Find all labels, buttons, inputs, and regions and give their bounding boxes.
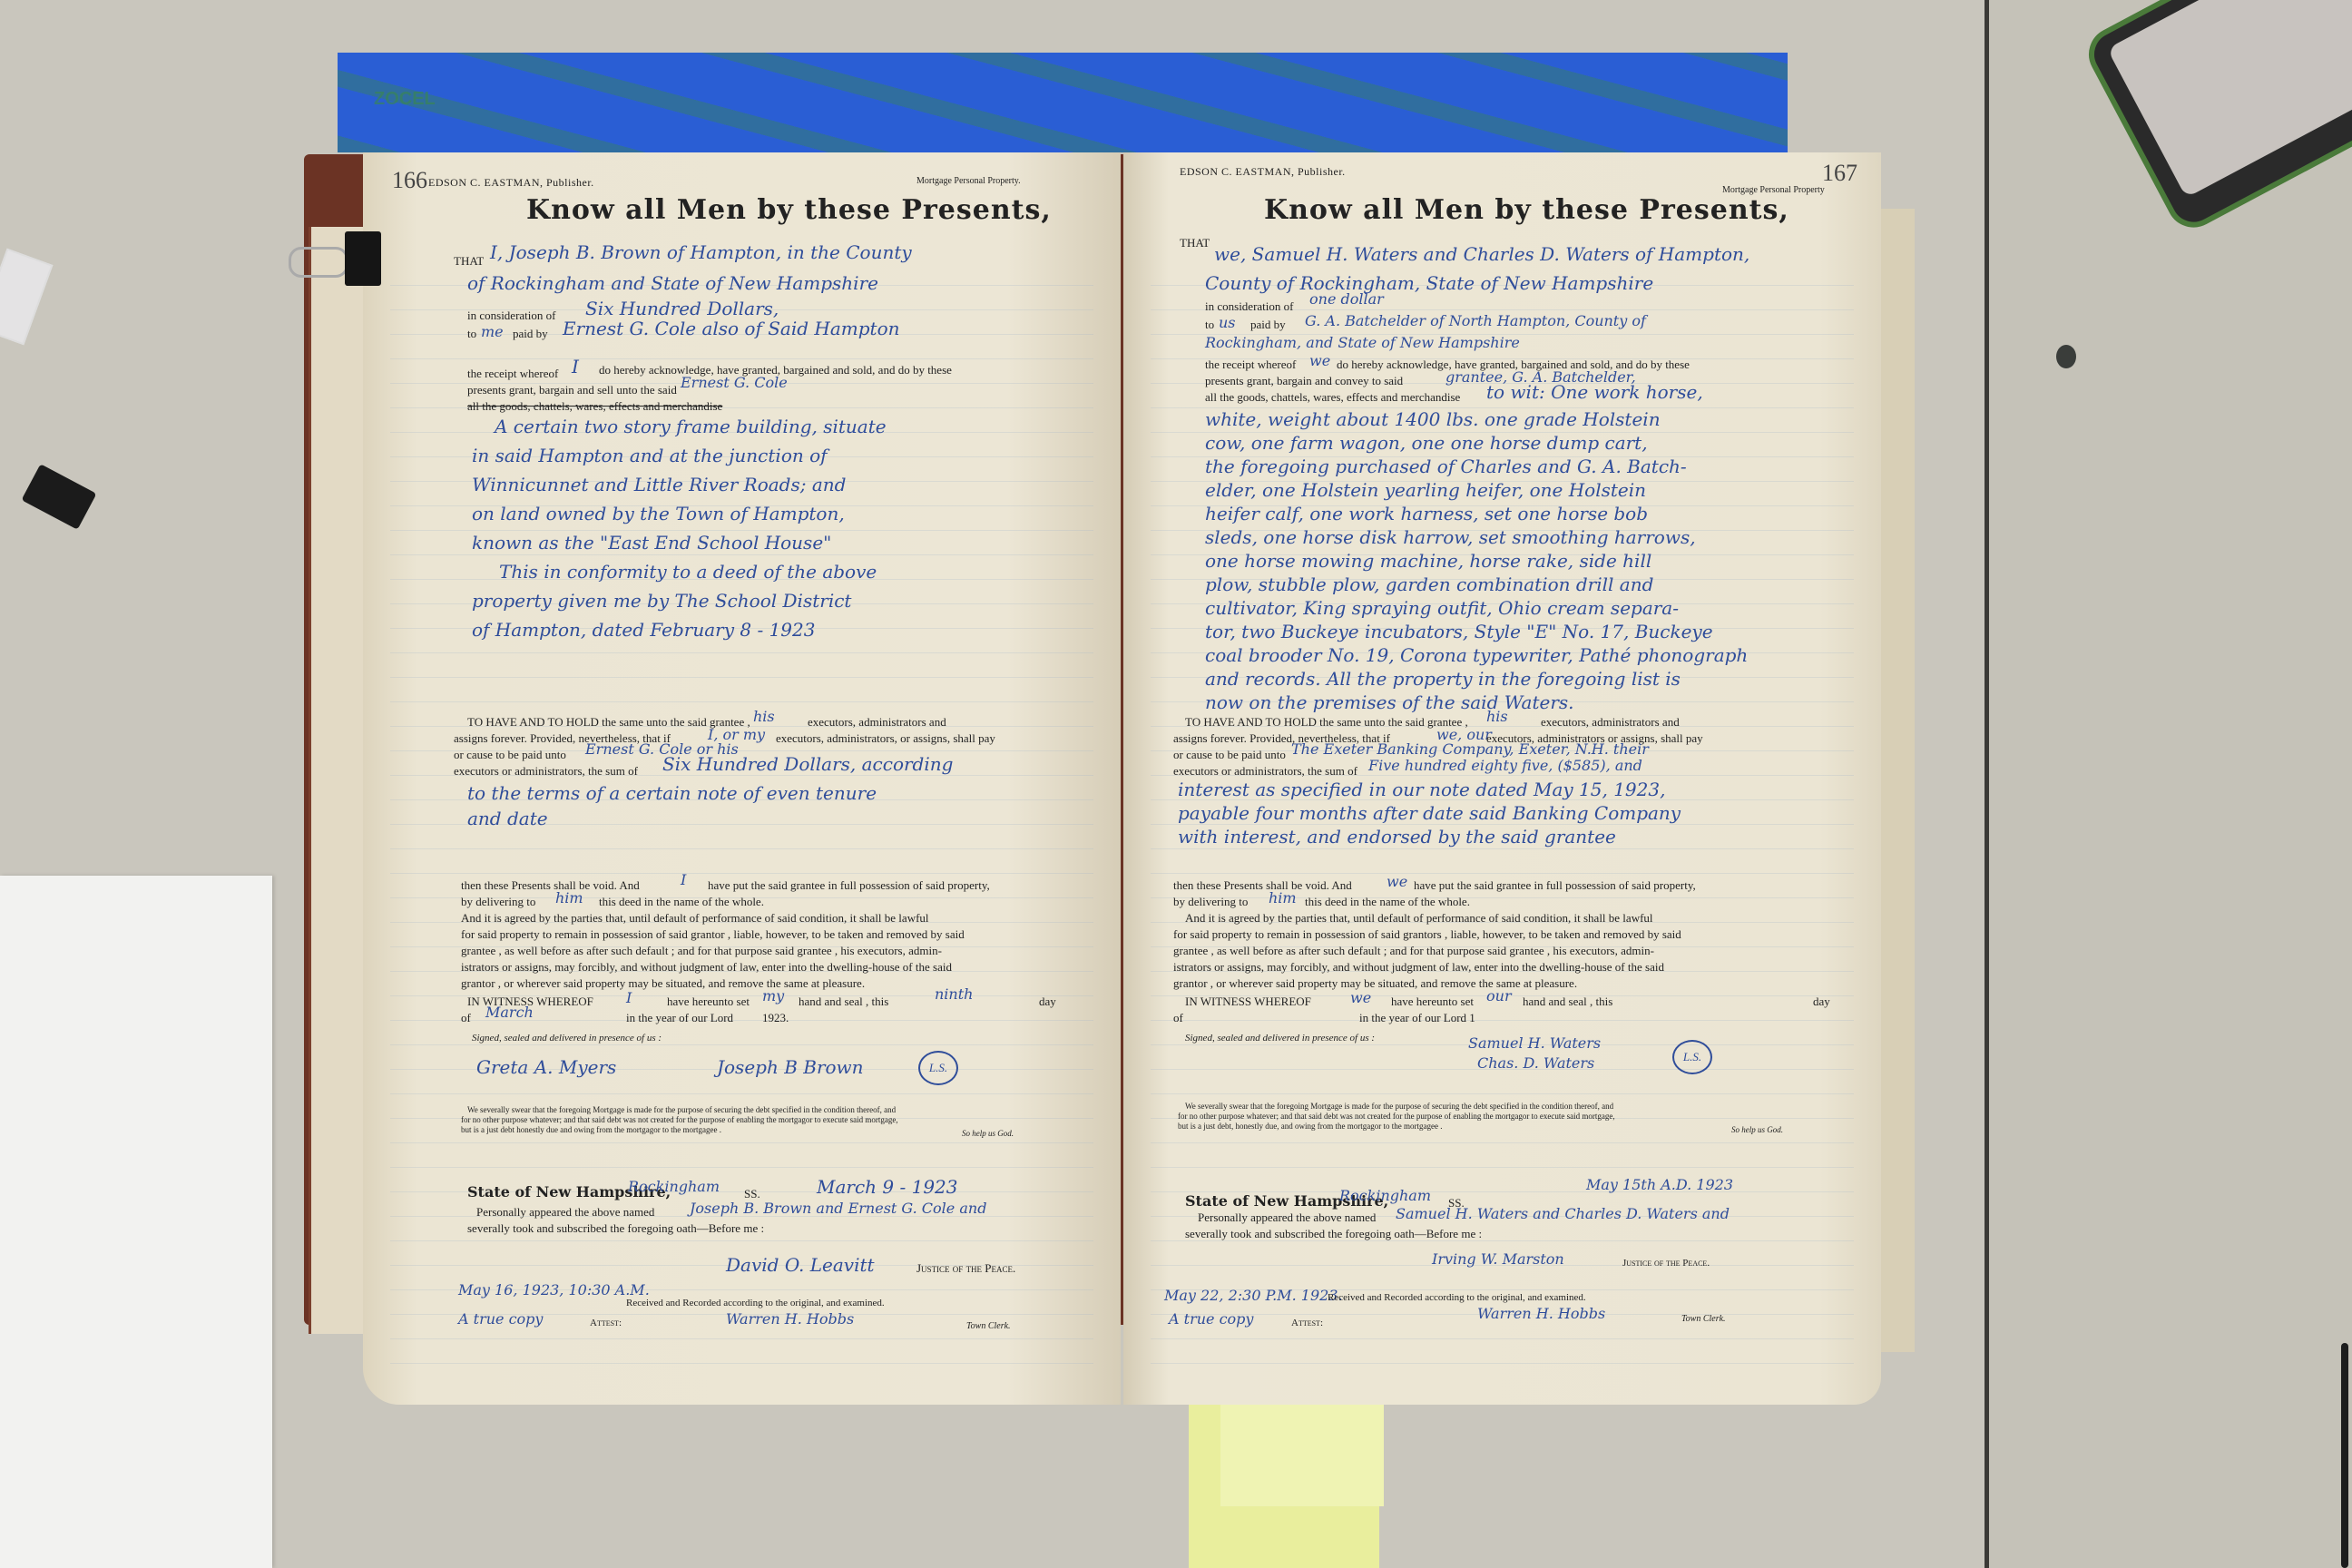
that-label: THAT [1180, 236, 1210, 250]
void-text: then these Presents shall be void. And [461, 878, 640, 893]
clerk-signature: Warren H. Hobbs [1477, 1305, 1605, 1322]
description-line: cultivator, King spraying outfit, Ohio c… [1205, 597, 1679, 619]
witness-text: IN WITNESS WHEREOF [1185, 995, 1311, 1009]
witness-text: day [1039, 995, 1056, 1009]
receipt-value: I [572, 356, 579, 377]
tape-label: ZOCEL [374, 89, 436, 110]
deliver-text: this deed in the name of the whole. [1305, 895, 1470, 909]
sum-value: Six Hundred Dollars, according [662, 753, 953, 775]
attest-label: Attest: [590, 1318, 622, 1328]
grantor-line-2: of Rockingham and State of New Hampshire [467, 272, 878, 294]
clerk-signature: Warren H. Hobbs [726, 1310, 854, 1328]
payee-label: or cause to be paid unto [454, 748, 566, 762]
agreement-line: And it is agreed by the parties that, un… [461, 911, 929, 926]
paid-by-continued: Rockingham, and State of New Hampshire [1205, 334, 1520, 351]
right-page: EDSON C. EASTMAN, Publisher. 167 Mortgag… [1123, 152, 1881, 1405]
description-line: This in conformity to a deed of the abov… [499, 561, 877, 583]
seal-icon: L.S. [1672, 1040, 1712, 1074]
binder-clip-wire [289, 247, 348, 278]
deed-heading: Know all Men by these Presents, [1264, 194, 1789, 226]
page-number: 166 [392, 167, 427, 194]
acknowledgment-text: severally took and subscribed the forego… [1185, 1227, 1482, 1241]
acknowledgment-names: Samuel H. Waters and Charles D. Waters a… [1396, 1205, 1730, 1222]
blue-tape: ZOCEL [338, 53, 1788, 152]
desk-hole [2056, 345, 2076, 368]
clerk-label: Town Clerk. [1681, 1314, 1726, 1324]
witness-day: ninth [935, 985, 973, 1003]
description-line: tor, two Buckeye incubators, Style "E" N… [1205, 621, 1713, 642]
deliver-text: this deed in the name of the whole. [599, 895, 764, 909]
deliver-label: by delivering to [1173, 895, 1248, 909]
white-paper-sheet [0, 876, 272, 1568]
agreement-line: for said property to remain in possessio… [461, 927, 965, 942]
witness-possessive: our [1486, 987, 1512, 1004]
paid-by-value: Ernest G. Cole also of Said Hampton [563, 318, 900, 339]
paid-to-label: to [467, 327, 476, 341]
witness-possessive: my [762, 987, 784, 1004]
sum-continued: payable four months after date said Bank… [1178, 802, 1681, 824]
witness-pronoun: I [626, 989, 632, 1006]
consideration-value: Six Hundred Dollars, [585, 298, 779, 319]
agreement-line: grantor , or wherever said property may … [461, 976, 865, 991]
page-number: 167 [1822, 160, 1857, 187]
sum-value: Five hundred eighty five, ($585), and [1368, 757, 1642, 774]
acknowledgment-date: May 15th A.D. 1923 [1586, 1176, 1733, 1193]
void-pronoun: I [681, 871, 686, 888]
true-copy: A true copy [1169, 1310, 1253, 1328]
description-line: of Hampton, dated February 8 - 1923 [472, 619, 815, 641]
true-copy: A true copy [458, 1310, 543, 1328]
seal-icon: L.S. [918, 1051, 958, 1085]
binder-clip-icon [345, 231, 381, 286]
recorded-text: Received and Recorded according to the o… [626, 1298, 885, 1308]
habendum-pronoun: his [1486, 708, 1508, 725]
publisher: EDSON C. EASTMAN, Publisher. [1180, 165, 1346, 179]
justice-label: Justice of the Peace. [916, 1261, 1015, 1276]
oath-line: We severally swear that the foregoing Mo… [467, 1105, 896, 1114]
signed-label: Signed, sealed and delivered in presence… [1185, 1033, 1375, 1044]
description-line: elder, one Holstein yearling heifer, one… [1205, 479, 1646, 501]
consideration-value: one dollar [1309, 290, 1384, 308]
county-value: Rockingham [628, 1178, 720, 1195]
paid-by-value: G. A. Batchelder of North Hampton, Count… [1305, 312, 1646, 329]
description-line: in said Hampton and at the junction of [472, 445, 828, 466]
witness-signature: Greta A. Myers [476, 1056, 616, 1078]
description-line: now on the premises of the said Waters. [1205, 691, 1574, 713]
paid-by-label: paid by [1250, 318, 1286, 332]
grantor-line-2: County of Rockingham, State of New Hamps… [1205, 272, 1653, 294]
clear-plastic-piece [0, 249, 53, 346]
witness-month: March [485, 1004, 534, 1021]
witness-text: in the year of our Lord 1 [1359, 1011, 1475, 1025]
attest-label: Attest: [1291, 1318, 1323, 1328]
agreement-line: grantee , as well before as after such d… [1173, 944, 1654, 958]
description-line: Winnicunnet and Little River Roads; and [472, 474, 846, 495]
description-line: A certain two story frame building, situ… [495, 416, 887, 437]
agreement-line: istrators or assigns, may forcibly, and … [1173, 960, 1664, 975]
deed-heading: Know all Men by these Presents, [526, 194, 1052, 226]
justice-label: Justice of the Peace. [1622, 1258, 1710, 1269]
oath-line: but is a just debt honestly due and owin… [461, 1125, 721, 1134]
consideration-label: in consideration of [1205, 299, 1293, 314]
recorded-date: May 16, 1923, 10:30 A.M. [458, 1281, 650, 1298]
description-line: known as the "East End School House" [472, 532, 831, 554]
deliver-pronoun: him [1269, 889, 1297, 906]
grantor-line-1: I, Joseph B. Brown of Hampton, in the Co… [490, 241, 912, 263]
grantor-line-1: we, Samuel H. Waters and Charles D. Wate… [1214, 243, 1749, 265]
description-line: and records. All the property in the for… [1205, 668, 1681, 690]
witness-text: have hereunto set [1391, 995, 1474, 1009]
goods-value: to wit: One work horse, [1486, 381, 1703, 403]
agreement-line: And it is agreed by the parties that, un… [1185, 911, 1653, 926]
sticky-note [1220, 1388, 1384, 1506]
description-line: cow, one farm wagon, one one horse dump … [1205, 432, 1648, 454]
publisher: EDSON C. EASTMAN, Publisher. [428, 176, 594, 190]
sum-continued: interest as specified in our note dated … [1178, 779, 1665, 800]
description-line: one horse mowing machine, horse rake, si… [1205, 550, 1651, 572]
habendum-text: executors, administrators and [1541, 715, 1680, 730]
left-page: 166 EDSON C. EASTMAN, Publisher. Mortgag… [363, 152, 1121, 1405]
sum-continued: with interest, and endorsed by the said … [1178, 826, 1616, 848]
oath-close: So help us God. [1731, 1125, 1783, 1134]
void-pronoun: we [1387, 873, 1407, 890]
description-line: on land owned by the Town of Hampton, [472, 503, 845, 524]
grantee-value: Ernest G. Cole [681, 374, 788, 391]
deliver-pronoun: him [555, 889, 583, 906]
consideration-label: in consideration of [467, 309, 555, 323]
grantor-signature: Samuel H. Waters [1468, 1034, 1601, 1052]
witness-text: in the year of our Lord [626, 1011, 733, 1025]
description-line: the foregoing purchased of Charles and G… [1205, 456, 1687, 477]
void-text: have put the said grantee in full posses… [708, 878, 990, 893]
payee-value: The Exeter Banking Company, Exeter, N.H.… [1291, 740, 1649, 758]
desk-right-panel [1989, 0, 2352, 1568]
binder-clip-icon [22, 464, 97, 530]
desk-seam [1984, 0, 1989, 1568]
cable [2341, 1343, 2348, 1568]
sum-continued: to the terms of a certain note of even t… [467, 782, 877, 804]
oath-line: for no other purpose whatever; and that … [461, 1115, 898, 1124]
description-line: heifer calf, one work harness, set one h… [1205, 503, 1648, 524]
oath-close: So help us God. [962, 1129, 1014, 1138]
void-text: have put the said grantee in full posses… [1414, 878, 1696, 893]
recorded-date: May 22, 2:30 P.M. 1923. [1164, 1287, 1343, 1304]
clerk-label: Town Clerk. [966, 1321, 1011, 1331]
witness-text: of [1173, 1011, 1183, 1025]
grant-text: presents grant, bargain and sell unto th… [467, 383, 677, 397]
agreement-line: grantor , or wherever said property may … [1173, 976, 1577, 991]
grantor-signature: Joseph B Brown [717, 1056, 864, 1078]
county-value: Rockingham [1339, 1187, 1431, 1204]
description-line: sleds, one horse disk harrow, set smooth… [1205, 526, 1696, 548]
justice-signature: David O. Leavitt [726, 1254, 875, 1276]
paid-to-value: us [1219, 314, 1236, 331]
oath-line: but is a just debt, honestly due, and ow… [1178, 1122, 1442, 1131]
witness-text: hand and seal , this [799, 995, 888, 1009]
that-label: THAT [454, 254, 484, 269]
void-text: then these Presents shall be void. And [1173, 878, 1352, 893]
sum-label: executors or administrators, the sum of [454, 764, 638, 779]
witness-pronoun: we [1350, 989, 1371, 1006]
sum-label: executors or administrators, the sum of [1173, 764, 1357, 779]
habendum-text: TO HAVE AND TO HOLD the same unto the sa… [1185, 715, 1468, 730]
witness-text: have hereunto set [667, 995, 750, 1009]
goods-struck: all the goods, chattels, wares, effects … [467, 399, 722, 414]
oath-line: We severally swear that the foregoing Mo… [1185, 1102, 1613, 1111]
acknowledgment-date: March 9 - 1923 [817, 1176, 958, 1198]
description-line: coal brooder No. 19, Corona typewriter, … [1205, 644, 1748, 666]
witness-text: of [461, 1011, 471, 1025]
grantor-signature: Chas. D. Waters [1477, 1054, 1594, 1072]
proviso-text: executors, administrators, or assigns, s… [776, 731, 995, 746]
description-line: white, weight about 1400 lbs. one grade … [1205, 408, 1661, 430]
description-line: plow, stubble plow, garden combination d… [1205, 573, 1653, 595]
witness-text: hand and seal , this [1523, 995, 1612, 1009]
signed-label: Signed, sealed and delivered in presence… [472, 1033, 661, 1044]
paid-to-label: to [1205, 318, 1214, 332]
agreement-line: grantee , as well before as after such d… [461, 944, 942, 958]
recorded-text: Received and Recorded according to the o… [1328, 1292, 1586, 1303]
acknowledgment-text: Personally appeared the above named [476, 1205, 654, 1220]
receipt-label: the receipt whereof [1205, 358, 1296, 372]
goods-label: all the goods, chattels, wares, effects … [1205, 390, 1460, 405]
acknowledgment-text: severally took and subscribed the forego… [467, 1221, 764, 1236]
oath-line: for no other purpose whatever; and that … [1178, 1112, 1615, 1121]
witness-year: 1923. [762, 1011, 789, 1025]
receipt-value: we [1309, 352, 1330, 369]
acknowledgment-text: Personally appeared the above named [1198, 1210, 1376, 1225]
doc-type: Mortgage Personal Property. [916, 176, 1021, 186]
deliver-label: by delivering to [461, 895, 535, 909]
habendum-text: executors, administrators and [808, 715, 946, 730]
justice-signature: Irving W. Marston [1432, 1250, 1564, 1268]
grant-text: presents grant, bargain and convey to sa… [1205, 374, 1403, 388]
description-line: property given me by The School District [472, 590, 851, 612]
payee-label: or cause to be paid unto [1173, 748, 1286, 762]
agreement-line: for said property to remain in possessio… [1173, 927, 1681, 942]
agreement-line: istrators or assigns, may forcibly, and … [461, 960, 952, 975]
paid-by-label: paid by [513, 327, 548, 341]
witness-text: day [1813, 995, 1830, 1009]
paid-to-value: me [481, 323, 504, 340]
habendum-pronoun: his [753, 708, 775, 725]
acknowledgment-names: Joseph B. Brown and Ernest G. Cole and [690, 1200, 986, 1217]
receipt-label: the receipt whereof [467, 367, 558, 381]
sum-continued: and date [467, 808, 548, 829]
